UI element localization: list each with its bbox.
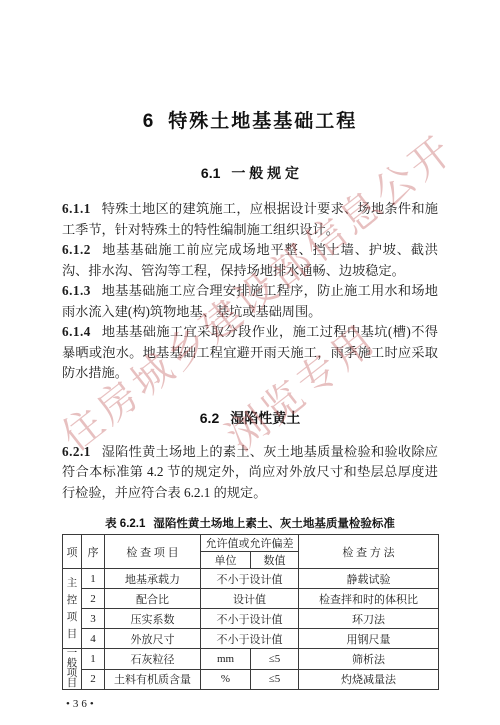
cell-method: 静载试验 bbox=[299, 569, 439, 589]
page-content: 6特殊土地基基础工程 6.1一 般 规 定 6.1.1特殊土地区的建筑施工，应根… bbox=[62, 0, 438, 710]
cell-allowance: 不小于设计值 bbox=[201, 629, 299, 649]
cell-item: 压实系数 bbox=[105, 609, 201, 629]
clause-text: 特殊土地区的建筑施工，应根据设计要求、场地条件和施工季节，针对特殊土的特性编制施… bbox=[62, 201, 438, 237]
section-number: 6.2 bbox=[200, 410, 219, 426]
header-unit: 单位 bbox=[201, 552, 251, 569]
cell-seq: 4 bbox=[82, 629, 105, 649]
cell-value: ≤5 bbox=[251, 649, 299, 670]
cell-item: 地基承载力 bbox=[105, 569, 201, 589]
header-method: 检 查 方 法 bbox=[299, 535, 439, 569]
clause-text: 地基基础施工应合理安排施工程序，防止施工用水和场地雨水流入建(构)筑物地基、基坑… bbox=[62, 283, 438, 319]
cell-method: 用钢尺量 bbox=[299, 629, 439, 649]
table-row: 2 配合比 设计值 检查拌和时的体积比 bbox=[63, 589, 439, 609]
header-group: 项 bbox=[63, 535, 82, 569]
table-row: 主控项目 1 地基承载力 不小于设计值 静载试验 bbox=[63, 569, 439, 589]
group-label-general: 一般项目 bbox=[63, 649, 82, 690]
clause-text: 地基基础施工前应完成场地平整、挡土墙、护坡、截洪沟、排水沟、管沟等工程，保持场地… bbox=[62, 242, 438, 278]
table-row: 3 压实系数 不小于设计值 环刀法 bbox=[63, 609, 439, 629]
clause-text: 湿陷性黄土场地上的素土、灰土地基质量检验和验收除应符合本标准第 4.2 节的规定… bbox=[62, 444, 438, 500]
header-check-item: 检 查 项 目 bbox=[105, 535, 201, 569]
cell-method: 检查拌和时的体积比 bbox=[299, 589, 439, 609]
clause-number: 6.2.1 bbox=[62, 444, 91, 459]
section-heading-6-1: 6.1一 般 规 定 bbox=[62, 163, 438, 183]
header-allowance: 允许值或允许偏差 bbox=[201, 535, 299, 552]
section-number: 6.1 bbox=[201, 165, 220, 181]
clause-number: 6.1.3 bbox=[62, 283, 91, 298]
cell-seq: 3 bbox=[82, 609, 105, 629]
table-header-row-1: 项 序 检 查 项 目 允许值或允许偏差 检 查 方 法 bbox=[63, 535, 439, 552]
table-row: 一般项目 1 石灰粒径 mm ≤5 筛析法 bbox=[63, 649, 439, 670]
header-seq: 序 bbox=[82, 535, 105, 569]
clause-number: 6.1.1 bbox=[62, 201, 91, 216]
cell-item: 外放尺寸 bbox=[105, 629, 201, 649]
clause-6-1-2: 6.1.2地基基础施工前应完成场地平整、挡土墙、护坡、截洪沟、排水沟、管沟等工程… bbox=[62, 240, 438, 281]
clause-6-1-1: 6.1.1特殊土地区的建筑施工，应根据设计要求、场地条件和施工季节，针对特殊土的… bbox=[62, 199, 438, 240]
clause-number: 6.1.2 bbox=[62, 242, 91, 257]
footer-page-number: 36 bbox=[73, 698, 90, 710]
table-row: 2 土料有机质含量 % ≤5 灼烧减量法 bbox=[63, 669, 439, 690]
clause-6-1-3: 6.1.3地基基础施工应合理安排施工程序，防止施工用水和场地雨水流入建(构)筑物… bbox=[62, 281, 438, 322]
page-number: •36• bbox=[66, 698, 438, 710]
cell-value: ≤5 bbox=[251, 669, 299, 690]
cell-item: 土料有机质含量 bbox=[105, 669, 201, 690]
cell-method: 筛析法 bbox=[299, 649, 439, 670]
cell-item: 石灰粒径 bbox=[105, 649, 201, 670]
document-page: 住房城乡建设部信息公开 浏览专用 6特殊土地基基础工程 6.1一 般 规 定 6… bbox=[0, 0, 500, 725]
table-caption: 表 6.2.1湿陷性黄土场地上素土、灰土地基质量检验标准 bbox=[62, 515, 438, 531]
section-title: 湿陷性黄土 bbox=[230, 410, 300, 426]
cell-seq: 2 bbox=[82, 589, 105, 609]
group-label-main: 主控项目 bbox=[63, 569, 82, 649]
section-title: 一 般 规 定 bbox=[231, 165, 299, 181]
cell-seq: 2 bbox=[82, 669, 105, 690]
cell-unit: % bbox=[201, 669, 251, 690]
cell-seq: 1 bbox=[82, 649, 105, 670]
chapter-heading: 6特殊土地基基础工程 bbox=[62, 106, 438, 133]
cell-seq: 1 bbox=[82, 569, 105, 589]
cell-allowance: 不小于设计值 bbox=[201, 569, 299, 589]
table-caption-title: 湿陷性黄土场地上素土、灰土地基质量检验标准 bbox=[153, 518, 395, 530]
chapter-title: 特殊土地基基础工程 bbox=[168, 111, 357, 132]
clause-6-1-4: 6.1.4地基基础施工宜采取分段作业，施工过程中基坑(槽)不得暴晒或泡水。地基基… bbox=[62, 322, 438, 384]
cell-unit: mm bbox=[201, 649, 251, 670]
clause-number: 6.1.4 bbox=[62, 324, 91, 339]
header-value: 数值 bbox=[251, 552, 299, 569]
cell-allowance: 设计值 bbox=[201, 589, 299, 609]
clause-text: 地基基础施工宜采取分段作业，施工过程中基坑(槽)不得暴晒或泡水。地基基础工程宜避… bbox=[62, 324, 438, 380]
cell-method: 灼烧减量法 bbox=[299, 669, 439, 690]
footer-bullet: • bbox=[90, 698, 97, 710]
table-caption-label: 表 6.2.1 bbox=[105, 518, 145, 530]
cell-allowance: 不小于设计值 bbox=[201, 609, 299, 629]
chapter-number: 6 bbox=[143, 111, 156, 132]
inspection-standards-table: 项 序 检 查 项 目 允许值或允许偏差 检 查 方 法 单位 数值 主控项目 … bbox=[62, 534, 439, 690]
cell-method: 环刀法 bbox=[299, 609, 439, 629]
clause-6-2-1: 6.2.1湿陷性黄土场地上的素土、灰土地基质量检验和验收除应符合本标准第 4.2… bbox=[62, 442, 438, 504]
footer-bullet: • bbox=[66, 698, 73, 710]
table-row: 4 外放尺寸 不小于设计值 用钢尺量 bbox=[63, 629, 439, 649]
section-heading-6-2: 6.2湿陷性黄土 bbox=[62, 408, 438, 428]
cell-item: 配合比 bbox=[105, 589, 201, 609]
